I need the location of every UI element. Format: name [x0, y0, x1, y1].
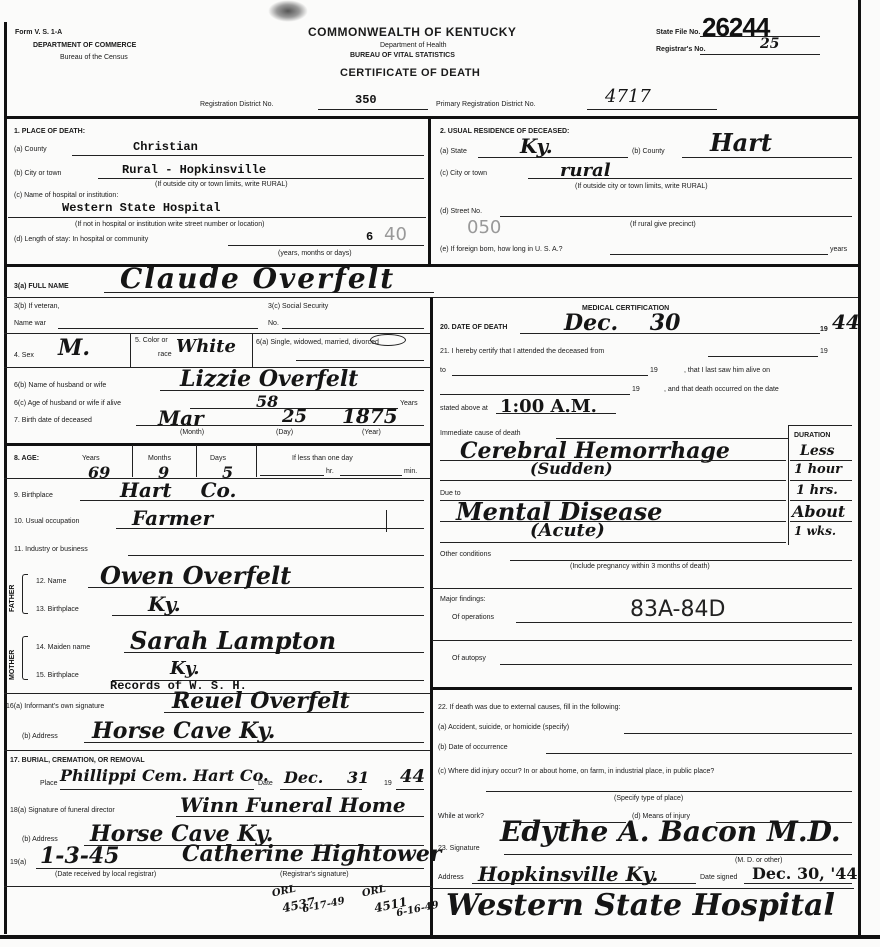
father-birth-label: 13. Birthplace [36, 606, 79, 613]
birth-divider [4, 443, 430, 446]
street-note: (If rural give precinct) [630, 221, 696, 228]
funeral-director-label: 18(a) Signature of funeral director [10, 807, 115, 814]
form-id: Form V. S. 1-A [15, 29, 62, 36]
birth-month: Mar [158, 406, 204, 430]
autopsy-label: Of autopsy [452, 655, 486, 662]
burial-date-value: Dec. 31 [284, 768, 369, 787]
bureau: Bureau of the Census [60, 54, 128, 61]
street-label: (d) Street No. [440, 208, 482, 215]
years-label: Years [400, 400, 418, 407]
age-months-label: Months [148, 455, 171, 462]
mother-name-label: 14. Maiden name [36, 644, 90, 651]
primary-district-line [587, 109, 717, 110]
header-divider [4, 116, 858, 119]
dod-year: 44 [832, 310, 860, 334]
duration-1: Less [800, 443, 835, 459]
industry-label: 11. Industry or business [14, 546, 88, 553]
father-name-label: 12. Name [36, 578, 66, 585]
fullname-label: 3(a) FULL NAME [14, 283, 69, 290]
informant-addr-value: Horse Cave Ky. [92, 718, 275, 744]
sex-race-divider [130, 333, 131, 367]
city-note: (If outside city or town limits, write R… [155, 181, 288, 188]
operations-label: Of operations [452, 614, 494, 621]
certify-line-3: , and that death occurred on the date [664, 386, 779, 393]
age-label: 8. AGE: [14, 455, 39, 462]
city-line [98, 178, 424, 179]
mother-birth-label: 15. Birthplace [36, 672, 79, 679]
accident-label: (a) Accident, suicide, or homicide (spec… [438, 724, 569, 731]
department: DEPARTMENT OF COMMERCE [33, 42, 136, 49]
cert-address-value: Hopkinsville Ky. [478, 862, 658, 886]
res-city-value: rural [560, 160, 611, 181]
registrar-date-value: 1-3-45 [40, 843, 120, 869]
dur-line-1 [790, 460, 852, 461]
certify-to-label: to [440, 367, 446, 374]
operations-divider [432, 640, 852, 641]
foreign-unit: years [830, 246, 847, 253]
foreign-label: (e) If foreign born, how long in U. S. A… [440, 246, 563, 253]
occurrence-line [546, 753, 852, 754]
due-to-label: Due to [440, 490, 461, 497]
res-state-line [478, 157, 628, 158]
duration-top [788, 425, 852, 426]
registrar-label: Registrar's No. [656, 46, 706, 53]
hospital-signature: Western State Hospital [446, 888, 835, 923]
duration-4: About [792, 502, 845, 521]
race-marital-divider [252, 333, 253, 367]
cause2b-value: (Acute) [530, 520, 605, 541]
dur-line-3 [790, 500, 852, 501]
other-conditions-line [510, 560, 852, 561]
res-state-value: Ky. [520, 134, 553, 158]
spouse-age-value: 58 [256, 392, 278, 411]
father-name-value: Owen Overfelt [100, 561, 291, 590]
reg-district-label: Registration District No. [200, 101, 274, 108]
birth-label: 7. Birth date of deceased [14, 417, 92, 424]
certify-line-1: 21. I hereby certify that I attended the… [440, 348, 604, 355]
date-signed-label: Date signed [700, 874, 737, 881]
spouse-value: Lizzie Overfelt [180, 366, 358, 392]
race-label-2: race [158, 351, 172, 358]
hospital-line [8, 217, 426, 218]
father-bracket [22, 574, 28, 614]
external-label: 22. If death was due to external causes,… [438, 704, 621, 711]
death-certificate: Form V. S. 1-A DEPARTMENT OF COMMERCE Bu… [0, 0, 880, 947]
sex-label: 4. Sex [14, 352, 34, 359]
stay-note: (years, months or days) [278, 250, 352, 257]
min-line [340, 475, 402, 476]
cert-address-label: Address [438, 874, 464, 881]
res-county-label: (b) County [632, 148, 665, 155]
operations-code: 83A-84D [630, 597, 725, 622]
cause-label: Immediate cause of death [440, 430, 521, 437]
informant-sig-label: 16(a) Informant's own signature [6, 703, 104, 710]
funeral-director-value: Winn Funeral Home [180, 793, 406, 817]
fullname-value: Claude Overfelt [120, 262, 395, 295]
age-years-value: 69 [88, 463, 110, 482]
physician-signature: Edythe A. Bacon M.D. [500, 815, 841, 848]
father-side-label: FATHER [9, 572, 16, 612]
while-at-work-label: While at work? [438, 813, 484, 820]
age-div-3 [256, 445, 257, 477]
duration-label: DURATION [794, 432, 830, 439]
reg-district-value: 350 [355, 93, 377, 107]
burial-year-value: 44 [400, 766, 425, 787]
ss-no-label: No. [268, 320, 279, 327]
dod-label: 20. DATE OF DEATH [440, 324, 507, 331]
md-note: (M. D. or other) [735, 857, 782, 864]
duration-3: 1 hrs. [796, 483, 838, 498]
spouse-label: 6(b) Name of husband or wife [14, 382, 106, 389]
mother-name-value: Sarah Lampton [130, 626, 336, 655]
industry-line [128, 555, 424, 556]
age-days-label: Days [210, 455, 226, 462]
sex-value: M. [58, 335, 90, 361]
res-city-note: (If outside city or town limits, write R… [575, 183, 708, 190]
other-conditions-label: Other conditions [440, 551, 491, 558]
registrar-date-note: (Date received by local registrar) [55, 871, 156, 878]
certify-line-4: stated above at [440, 405, 488, 412]
certify-to-line [452, 375, 648, 376]
occupation-value: Farmer [132, 506, 213, 530]
bureau-vital-statistics: BUREAU OF VITAL STATISTICS [350, 52, 455, 59]
autopsy-line [500, 664, 852, 665]
registrar-row-label: 19(a) [10, 859, 26, 866]
signature-line [504, 854, 852, 855]
year-label: (Year) [362, 429, 381, 436]
stay-annotation: 40 [384, 224, 407, 245]
right-border [858, 0, 861, 935]
date-signed-line [744, 883, 852, 884]
birthplace-value: Hart Co. [120, 478, 236, 502]
center-divider-top [428, 118, 431, 265]
age-div-2 [196, 445, 197, 477]
registrar-line [700, 54, 820, 55]
day-label: (Day) [276, 429, 293, 436]
county-label: (a) County [14, 146, 47, 153]
certify-saw-line [440, 394, 630, 395]
stay-value: 6 [366, 230, 373, 244]
min-label: min. [404, 468, 417, 475]
res-county-line [682, 157, 852, 158]
place-type-note: (Specify type of place) [614, 795, 683, 802]
mother-bracket [22, 636, 28, 680]
informant-divider [4, 750, 430, 751]
birthplace-label: 9. Birthplace [14, 492, 53, 499]
birth-year: 1875 [342, 404, 398, 428]
occupation-label: 10. Usual occupation [14, 518, 79, 525]
hospital-note: (If not in hospital or institution write… [75, 221, 264, 228]
occurrence-label: (b) Date of occurrence [438, 744, 508, 751]
age-div-1 [132, 445, 133, 477]
war-line [58, 328, 258, 329]
department-of-health: Department of Health [380, 42, 447, 49]
ss-label: 3(c) Social Security [268, 303, 328, 310]
dur-line-4 [790, 521, 852, 522]
other-divider [432, 588, 852, 589]
hr-line [260, 475, 324, 476]
burial-place-line [60, 789, 254, 790]
registrar-signature: Catherine Hightower [182, 841, 441, 867]
informant-sig-value: Reuel Overfelt [172, 688, 350, 714]
burial-date-label: Date [258, 780, 273, 787]
birth-day: 25 [282, 406, 307, 427]
foreign-line [610, 254, 828, 255]
race-label-1: 5. Color or [135, 337, 168, 344]
accident-line [624, 733, 852, 734]
certificate-title: CERTIFICATE OF DEATH [340, 67, 480, 79]
city-value: Rural - Hopkinsville [122, 163, 266, 177]
dod-value: Dec. 30 [564, 310, 680, 336]
race-value: White [176, 336, 236, 357]
age-less-label: If less than one day [292, 455, 353, 462]
veteran-label: 3(b) If veteran, [14, 303, 60, 310]
other-conditions-note: (Include pregnancy within 3 months of de… [570, 563, 710, 570]
street-line [500, 216, 852, 217]
cause1b-value: (Sudden) [530, 459, 613, 478]
bottom-border [0, 935, 880, 939]
autopsy-divider [432, 687, 852, 690]
state-file-label: State File No. [656, 29, 700, 36]
primary-district-value: 4717 [605, 86, 651, 107]
certify-line-2: , that I last saw him alive on [684, 367, 770, 374]
major-findings-label: Major findings: [440, 596, 486, 603]
certify-from-line [708, 356, 818, 357]
duration-2: 1 hour [794, 462, 842, 477]
county-value: Christian [133, 140, 198, 154]
cause2b-line [440, 542, 786, 543]
cause1-line [440, 460, 786, 461]
county-line [72, 155, 424, 156]
burial-place-label: Place [40, 780, 58, 787]
registrar-sig-note: (Registrar's signature) [280, 871, 349, 878]
mother-birth-value: Ky. [170, 658, 200, 679]
dod-year-prefix: 19 [820, 326, 828, 333]
cause2-line [440, 521, 786, 522]
mother-side-label: MOTHER [9, 636, 16, 680]
duration-column-divider [788, 425, 789, 545]
marital-line [296, 360, 424, 361]
reg-district-line [318, 109, 428, 110]
month-label: (Month) [180, 429, 204, 436]
place-of-death-heading: 1. PLACE OF DEATH: [14, 128, 85, 135]
hospital-value: Western State Hospital [62, 201, 220, 215]
cause1b-line [440, 480, 786, 481]
where-line [486, 791, 852, 792]
occupation-tick [386, 510, 387, 532]
burial-heading: 17. BURIAL, CREMATION, OR REMOVAL [10, 757, 145, 764]
war-label: Name war [14, 320, 46, 327]
document-title: COMMONWEALTH OF KENTUCKY [308, 25, 516, 39]
informant-addr-label: (b) Address [22, 733, 58, 740]
res-state-label: (a) State [440, 148, 467, 155]
primary-district-label: Primary Registration District No. [436, 101, 536, 108]
ss-line [282, 328, 424, 329]
registrar-number: 25 [760, 36, 779, 52]
marital-circle [370, 334, 406, 346]
spouse-age-label: 6(c) Age of husband or wife if alive [14, 400, 121, 407]
burial-date-line [280, 789, 362, 790]
operations-line [516, 622, 852, 623]
ink-blot [268, 0, 308, 22]
hospital-label: (c) Name of hospital or institution: [14, 192, 118, 199]
hr-label: hr. [326, 468, 334, 475]
certify-19-c: 19 [632, 386, 640, 393]
city-label: (b) City or town [14, 170, 61, 177]
director-addr-label: (b) Address [22, 836, 58, 843]
duration-5: 1 wks. [794, 524, 836, 538]
date-signed-value: Dec. 30, '44 [752, 864, 858, 883]
burial-year-prefix: 19 [384, 780, 392, 787]
certify-19-a: 19 [820, 348, 828, 355]
dur-line-2 [790, 480, 852, 481]
father-birth-value: Ky. [148, 592, 181, 616]
stay-line [228, 245, 424, 246]
res-city-label: (c) City or town [440, 170, 487, 177]
age-years-label: Years [82, 455, 100, 462]
stay-label: (d) Length of stay: In hospital or commu… [14, 236, 148, 243]
certify-19-b: 19 [650, 367, 658, 374]
burial-place-value: Phillippi Cem. Hart Co. [60, 766, 269, 785]
where-label: (c) Where did injury occur? In or about … [438, 766, 852, 778]
residence-annotation: 050 [467, 217, 501, 238]
time-of-death: 1:00 A.M. [500, 396, 597, 417]
res-county-value: Hart [710, 128, 772, 157]
burial-year-line [396, 789, 424, 790]
signature-label: 23. Signature [438, 845, 480, 852]
veteran-divider [4, 333, 430, 334]
